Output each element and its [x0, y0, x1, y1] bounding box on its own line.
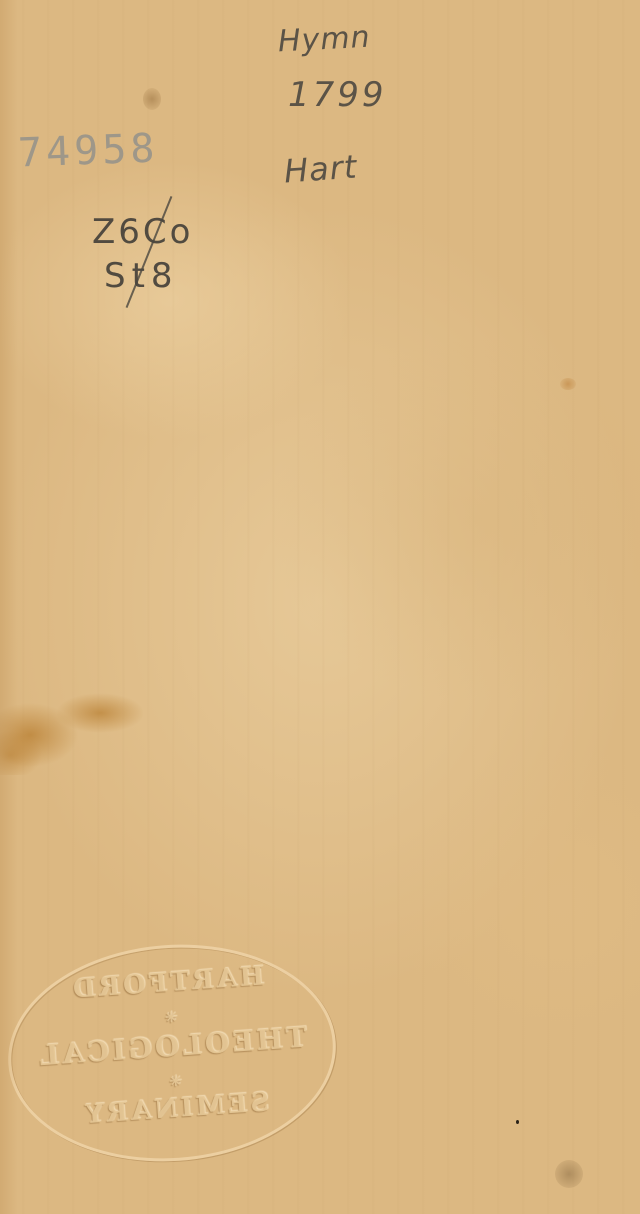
call-number-line1: Z6Co — [92, 212, 193, 252]
call-number-line2: St8 — [104, 256, 179, 296]
water-stain — [0, 685, 165, 775]
ink-speck — [516, 1120, 519, 1124]
embossed-library-stamp: HARTFORD ✳ THEOLOGICAL ✳ SEMINARY — [1, 934, 343, 1172]
pencil-note-author: Hart — [283, 147, 359, 190]
foxing-spot — [560, 378, 576, 390]
accession-number: 74958 — [17, 126, 159, 177]
foxing-spot — [143, 88, 161, 110]
pencil-note-subject: Hymn — [277, 20, 371, 60]
pencil-note-year: 1799 — [288, 75, 387, 115]
document-page: Hymn 1799 Hart 74958 Z6Co St8 HARTFORD ✳… — [0, 0, 640, 1214]
foxing-spot — [555, 1160, 583, 1188]
